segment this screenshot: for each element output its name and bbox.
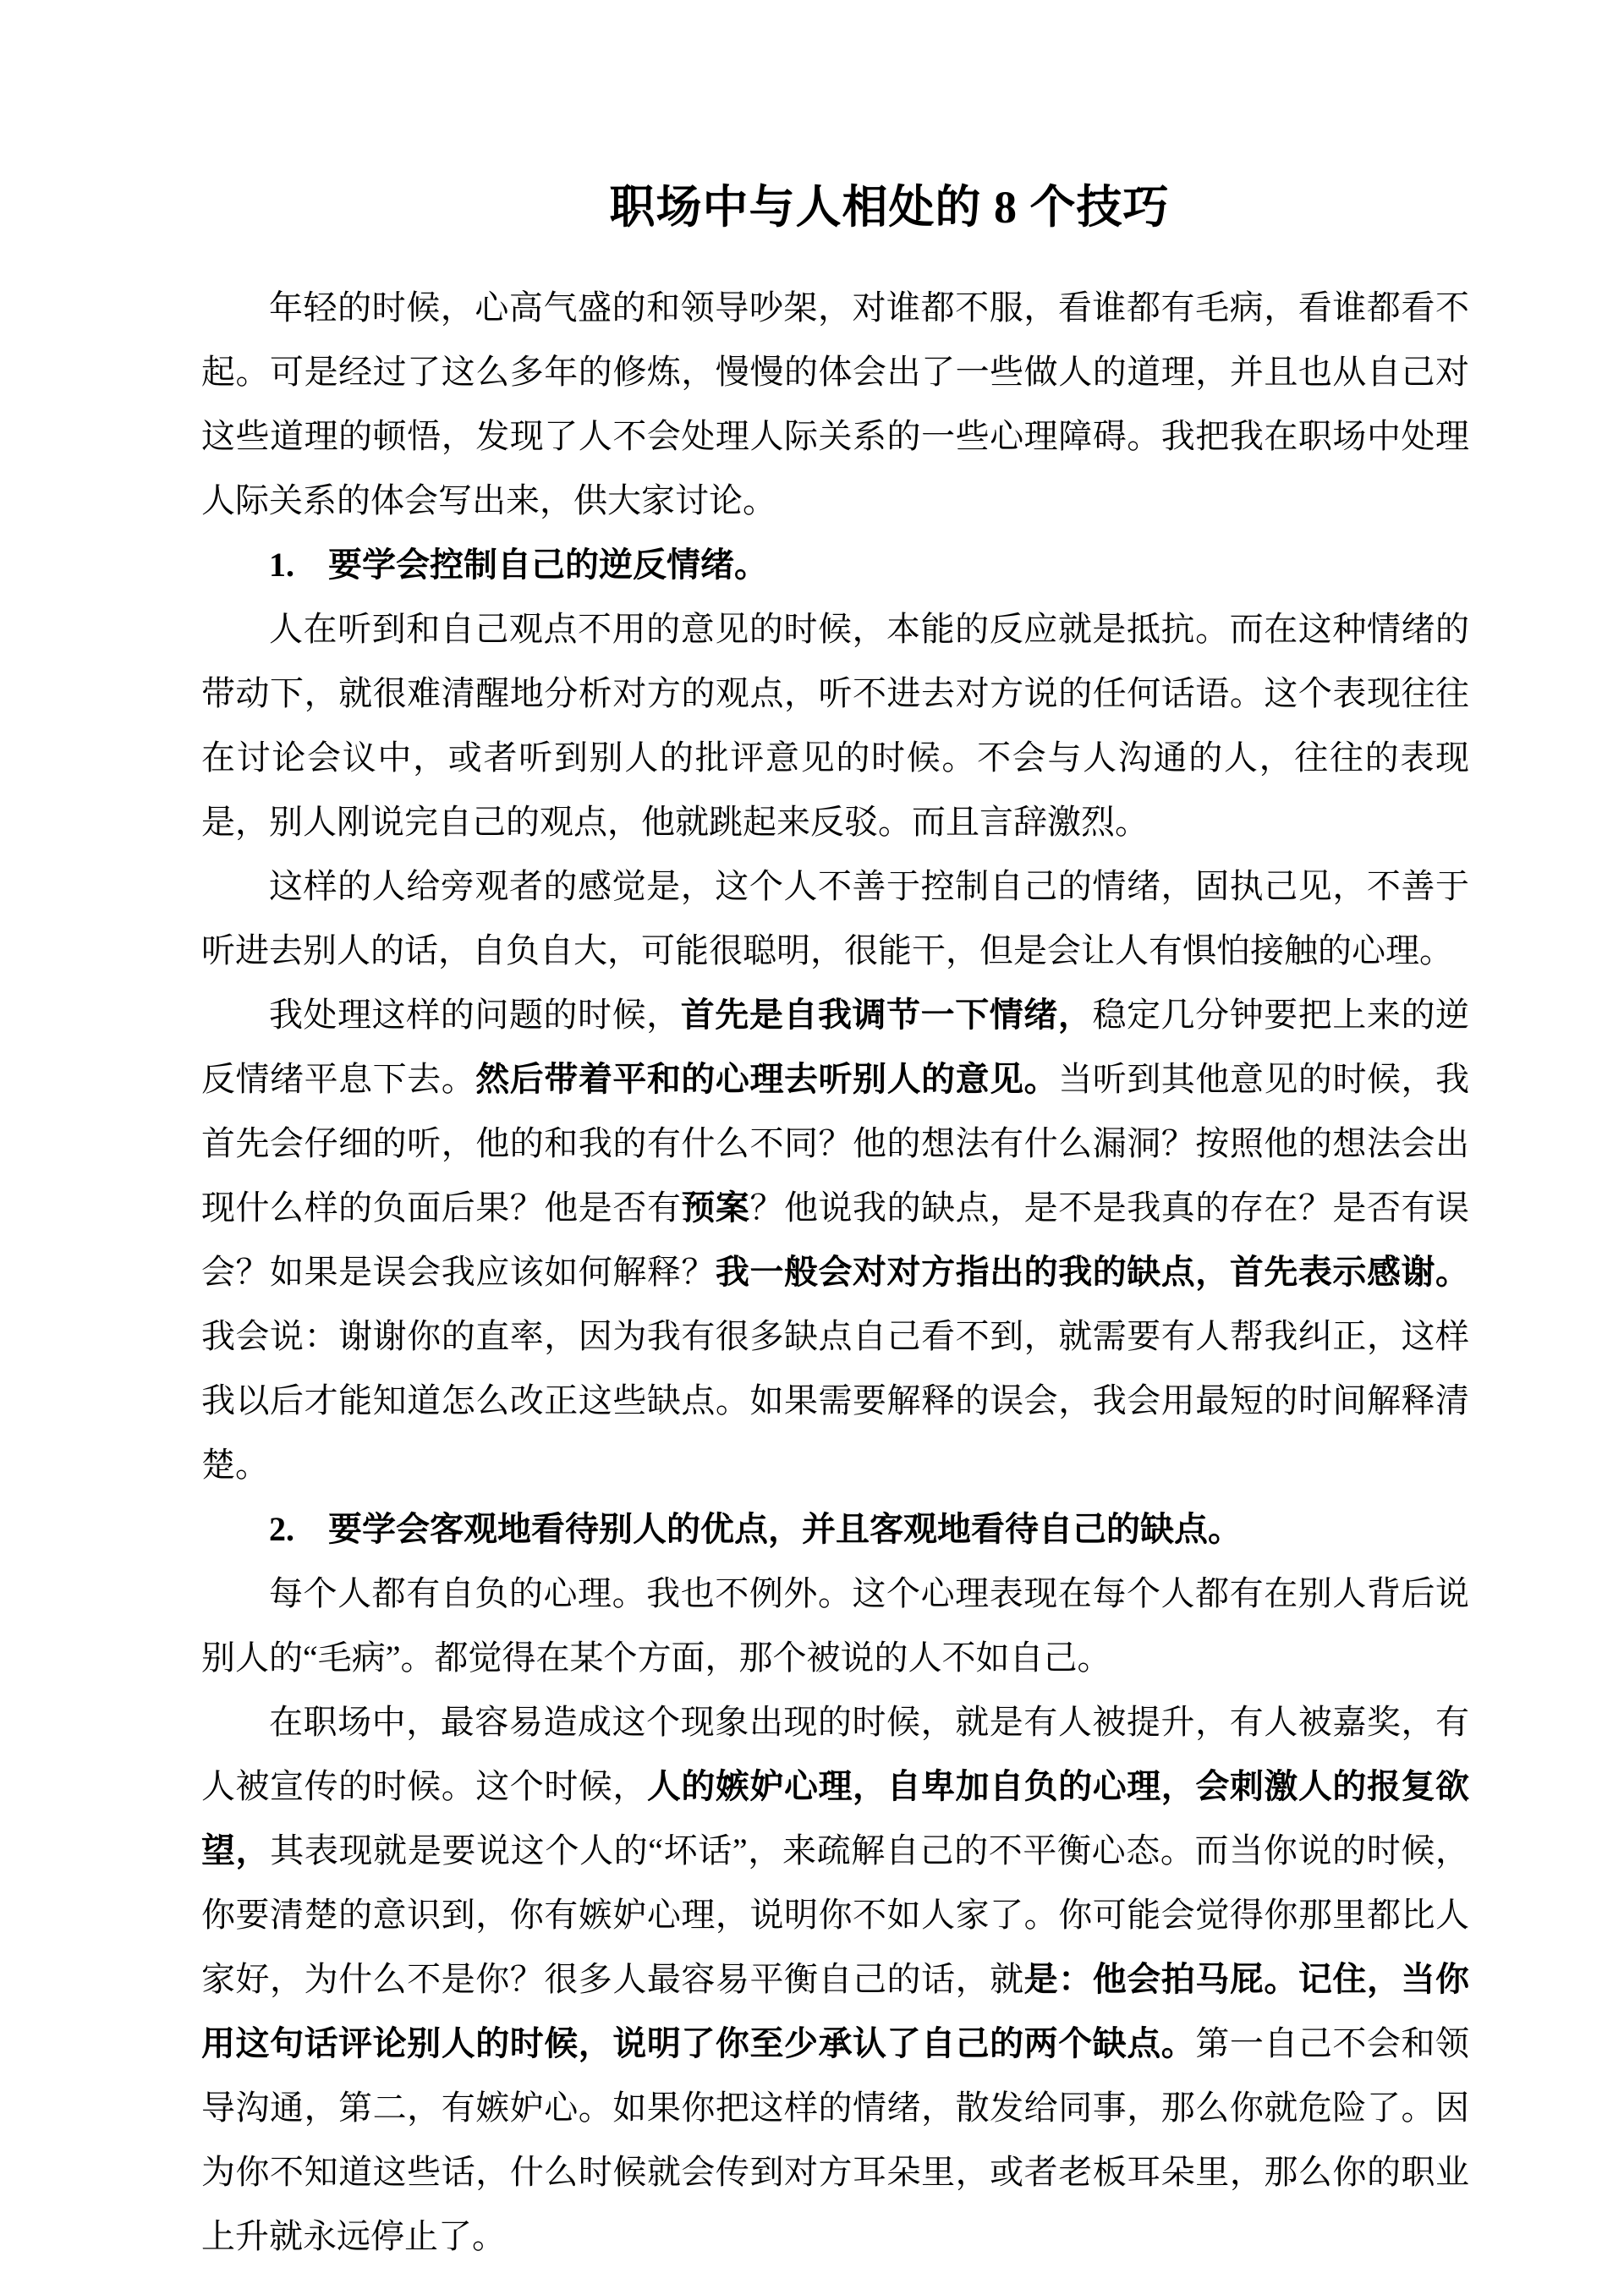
document-page: 职场中与人相处的 8 个技巧 年轻的时候，心高气盛的和领导吵架，对谁都不服，看谁… <box>0 0 1624 2295</box>
text-run: 预案 <box>681 1189 749 1227</box>
text-run: 每个人都有自负的心理。我也不例外。这个心理表现在每个人都有在别人背后说别人的“毛… <box>201 1574 1469 1677</box>
text-run: 人在听到和自己观点不用的意见的时候，本能的反应就是抵抗。而在这种情绪的带动下，就… <box>201 610 1469 841</box>
paragraph: 每个人都有自负的心理。我也不例外。这个心理表现在每个人都有在别人背后说别人的“毛… <box>201 1562 1469 1690</box>
text-run: 2. 要学会客观地看待别人的优点，并且客观地看待自己的缺点。 <box>269 1510 1242 1548</box>
paragraph: 人在听到和自己观点不用的意见的时候，本能的反应就是抵抗。而在这种情绪的带动下，就… <box>201 597 1469 854</box>
text-run: 首先是自我调节一下情绪， <box>681 996 1093 1034</box>
document-body: 年轻的时候，心高气盛的和领导吵架，对谁都不服，看谁都有毛病，看谁都看不起。可是经… <box>201 276 1469 2269</box>
text-run: 年轻的时候，心高气盛的和领导吵架，对谁都不服，看谁都有毛病，看谁都看不起。可是经… <box>201 288 1469 519</box>
text-run: 1. 要学会控制自己的逆反情绪。 <box>269 546 768 584</box>
section-heading: 1. 要学会控制自己的逆反情绪。 <box>201 533 1469 597</box>
paragraph: 这样的人给旁观者的感觉是，这个人不善于控制自己的情绪，固执己见，不善于听进去别人… <box>201 854 1469 983</box>
text-run: 我会说：谢谢你的直率，因为我有很多缺点自己看不到，就需要有人帮我纠正，这样我以后… <box>201 1317 1469 1484</box>
paragraph: 在职场中，最容易造成这个现象出现的时候，就是有人被提升，有人被嘉奖，有人被宣传的… <box>201 1690 1469 2269</box>
document-title: 职场中与人相处的 8 个技巧 <box>310 179 1469 235</box>
section-heading: 2. 要学会客观地看待别人的优点，并且客观地看待自己的缺点。 <box>201 1497 1469 1562</box>
text-run: 这样的人给旁观者的感觉是，这个人不善于控制自己的情绪，固执己见，不善于听进去别人… <box>201 867 1469 969</box>
text-run: 我一般会对对方指出的我的缺点，首先表示感谢。 <box>716 1253 1469 1291</box>
paragraph: 年轻的时候，心高气盛的和领导吵架，对谁都不服，看谁都有毛病，看谁都看不起。可是经… <box>201 276 1469 533</box>
text-run: 我处理这样的问题的时候， <box>269 996 681 1034</box>
paragraph: 我处理这样的问题的时候，首先是自我调节一下情绪，稳定几分钟要把上来的逆反情绪平息… <box>201 983 1469 1497</box>
text-run: 然后带着平和的心理去听别人的意见。 <box>475 1060 1058 1098</box>
